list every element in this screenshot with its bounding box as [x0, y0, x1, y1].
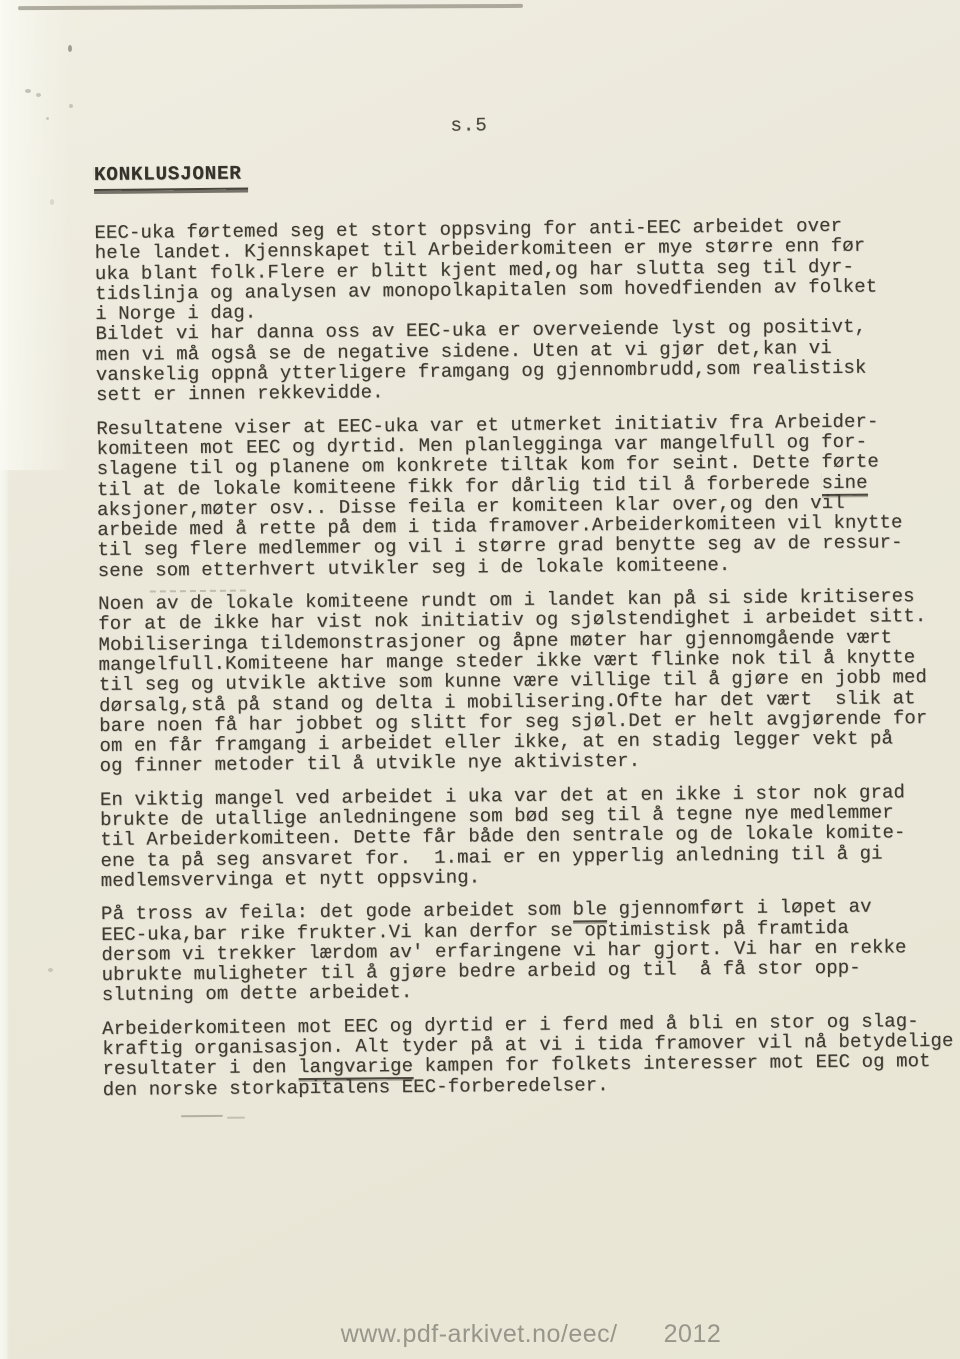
scanned-document-page: { "page": { "number_label": "s.5", "head… [0, 0, 960, 1359]
paragraph: Resultatene viser at EEC-uka var et utme… [96, 410, 960, 581]
paragraph: Arbeiderkomiteen mot EEC og dyrtid er i … [102, 1010, 960, 1099]
page-number: s.5 [450, 114, 487, 136]
paragraph: En viktig mangel ved arbeidet i uka var … [100, 781, 960, 891]
paragraph: Noen av de lokale komiteene rundt om i l… [98, 586, 960, 777]
page-title: KONKLUSJONER [94, 163, 248, 191]
watermark-year: 2012 [664, 1320, 722, 1349]
paragraph: På tross av feila: det gode arbeidet som… [101, 896, 960, 1006]
pencil-dash-mark [227, 1117, 245, 1119]
typewritten-sheet: s.5 KONKLUSJONER EEC-uka førtemed seg et… [0, 0, 960, 1359]
watermark: www.pdf-arkivet.no/eec/ 2012 [51, 1320, 960, 1349]
pencil-dash-mark [181, 1115, 223, 1117]
paragraph-container: EEC-uka førtemed seg et stort oppsving f… [94, 215, 960, 1113]
watermark-url: www.pdf-arkivet.no/eec/ [341, 1320, 618, 1349]
paragraph: EEC-uka førtemed seg et stort oppsving f… [94, 215, 958, 406]
